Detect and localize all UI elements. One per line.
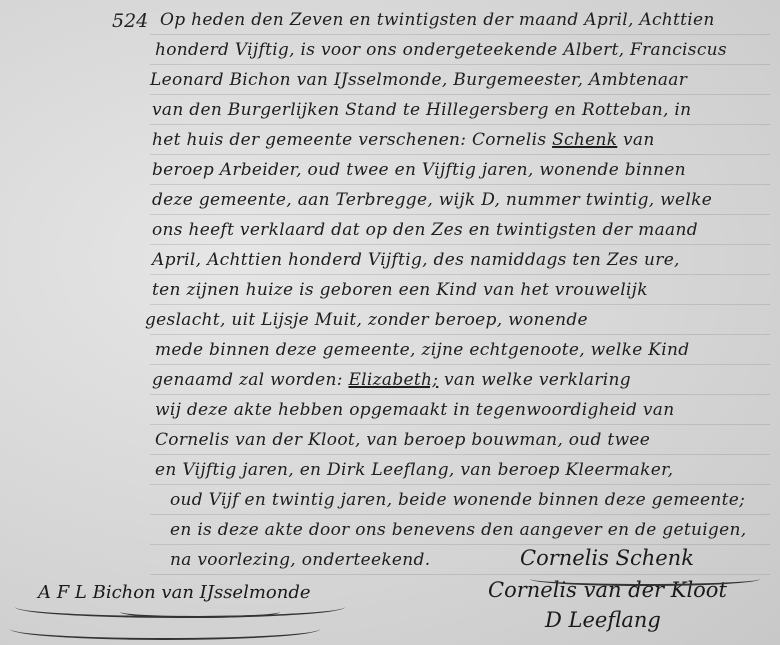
ruled-line bbox=[150, 274, 770, 275]
text-line-2: honderd Vijftig, is voor ons ondergeteek… bbox=[155, 40, 727, 60]
text-line-14: wij deze akte hebben opgemaakt in tegenw… bbox=[155, 400, 674, 420]
text-line-19: na voorlezing, onderteekend. bbox=[170, 550, 430, 570]
text-line-6: beroep Arbeider, oud twee en Vijftig jar… bbox=[152, 160, 686, 180]
ruled-line bbox=[150, 514, 770, 515]
ruled-line bbox=[150, 394, 770, 395]
text-line-15: Cornelis van der Kloot, van beroep bouwm… bbox=[155, 430, 650, 450]
text-line-18: en is deze akte door ons benevens den aa… bbox=[170, 520, 746, 540]
text-line-11: geslacht, uit Lijsje Muit, zonder beroep… bbox=[145, 310, 588, 330]
text-line-7: deze gemeente, aan Terbregge, wijk D, nu… bbox=[152, 190, 712, 210]
signature-flourish bbox=[10, 618, 320, 640]
signature-declarant: Cornelis Schenk bbox=[520, 546, 694, 570]
ruled-line bbox=[150, 334, 770, 335]
ruled-line bbox=[150, 484, 770, 485]
child-name: Elizabeth; bbox=[348, 370, 438, 390]
ruled-line bbox=[150, 424, 770, 425]
text-line-9: April, Achttien honderd Vijftig, des nam… bbox=[152, 250, 680, 270]
ruled-line bbox=[150, 214, 770, 215]
text-segment: van welke verklaring bbox=[444, 370, 631, 390]
declarant-surname: Schenk bbox=[552, 130, 617, 150]
record-number: 524 bbox=[112, 10, 148, 32]
text-segment: genaamd zal worden: bbox=[152, 370, 343, 390]
declarant-first-name: Cornelis bbox=[472, 130, 546, 150]
text-segment: van bbox=[623, 130, 655, 150]
text-line-4: van den Burgerlijken Stand te Hillegersb… bbox=[152, 100, 691, 120]
text-line-3: Leonard Bichon van IJsselmonde, Burgemee… bbox=[150, 70, 687, 90]
ruled-line bbox=[150, 124, 770, 125]
document-page: 524 Op heden den Zeven en twintigsten de… bbox=[0, 0, 780, 645]
text-line-8: ons heeft verklaard dat op den Zes en tw… bbox=[152, 220, 698, 240]
signature-witness-2: D Leeflang bbox=[545, 608, 661, 632]
text-line-13: genaamd zal worden: Elizabeth; van welke… bbox=[152, 370, 631, 390]
ruled-line bbox=[150, 244, 770, 245]
ruled-line bbox=[150, 34, 770, 35]
ruled-line bbox=[150, 64, 770, 65]
ruled-line bbox=[150, 454, 770, 455]
ruled-line bbox=[150, 544, 770, 545]
ruled-line bbox=[150, 184, 770, 185]
signature-flourish bbox=[120, 606, 280, 618]
signature-flourish bbox=[530, 572, 760, 586]
text-line-1: Op heden den Zeven en twintigsten der ma… bbox=[160, 10, 715, 30]
ruled-line bbox=[150, 154, 770, 155]
text-line-10: ten zijnen huize is geboren een Kind van… bbox=[152, 280, 648, 300]
ruled-line bbox=[150, 364, 770, 365]
text-line-16: en Vijftig jaren, en Dirk Leeflang, van … bbox=[155, 460, 673, 480]
text-line-12: mede binnen deze gemeente, zijne echtgen… bbox=[155, 340, 689, 360]
ruled-line bbox=[150, 94, 770, 95]
ruled-line bbox=[150, 304, 770, 305]
text-segment: het huis der gemeente verschenen: bbox=[152, 130, 466, 150]
text-line-5: het huis der gemeente verschenen: Cornel… bbox=[152, 130, 655, 150]
text-line-17: oud Vijf en twintig jaren, beide wonende… bbox=[170, 490, 745, 510]
